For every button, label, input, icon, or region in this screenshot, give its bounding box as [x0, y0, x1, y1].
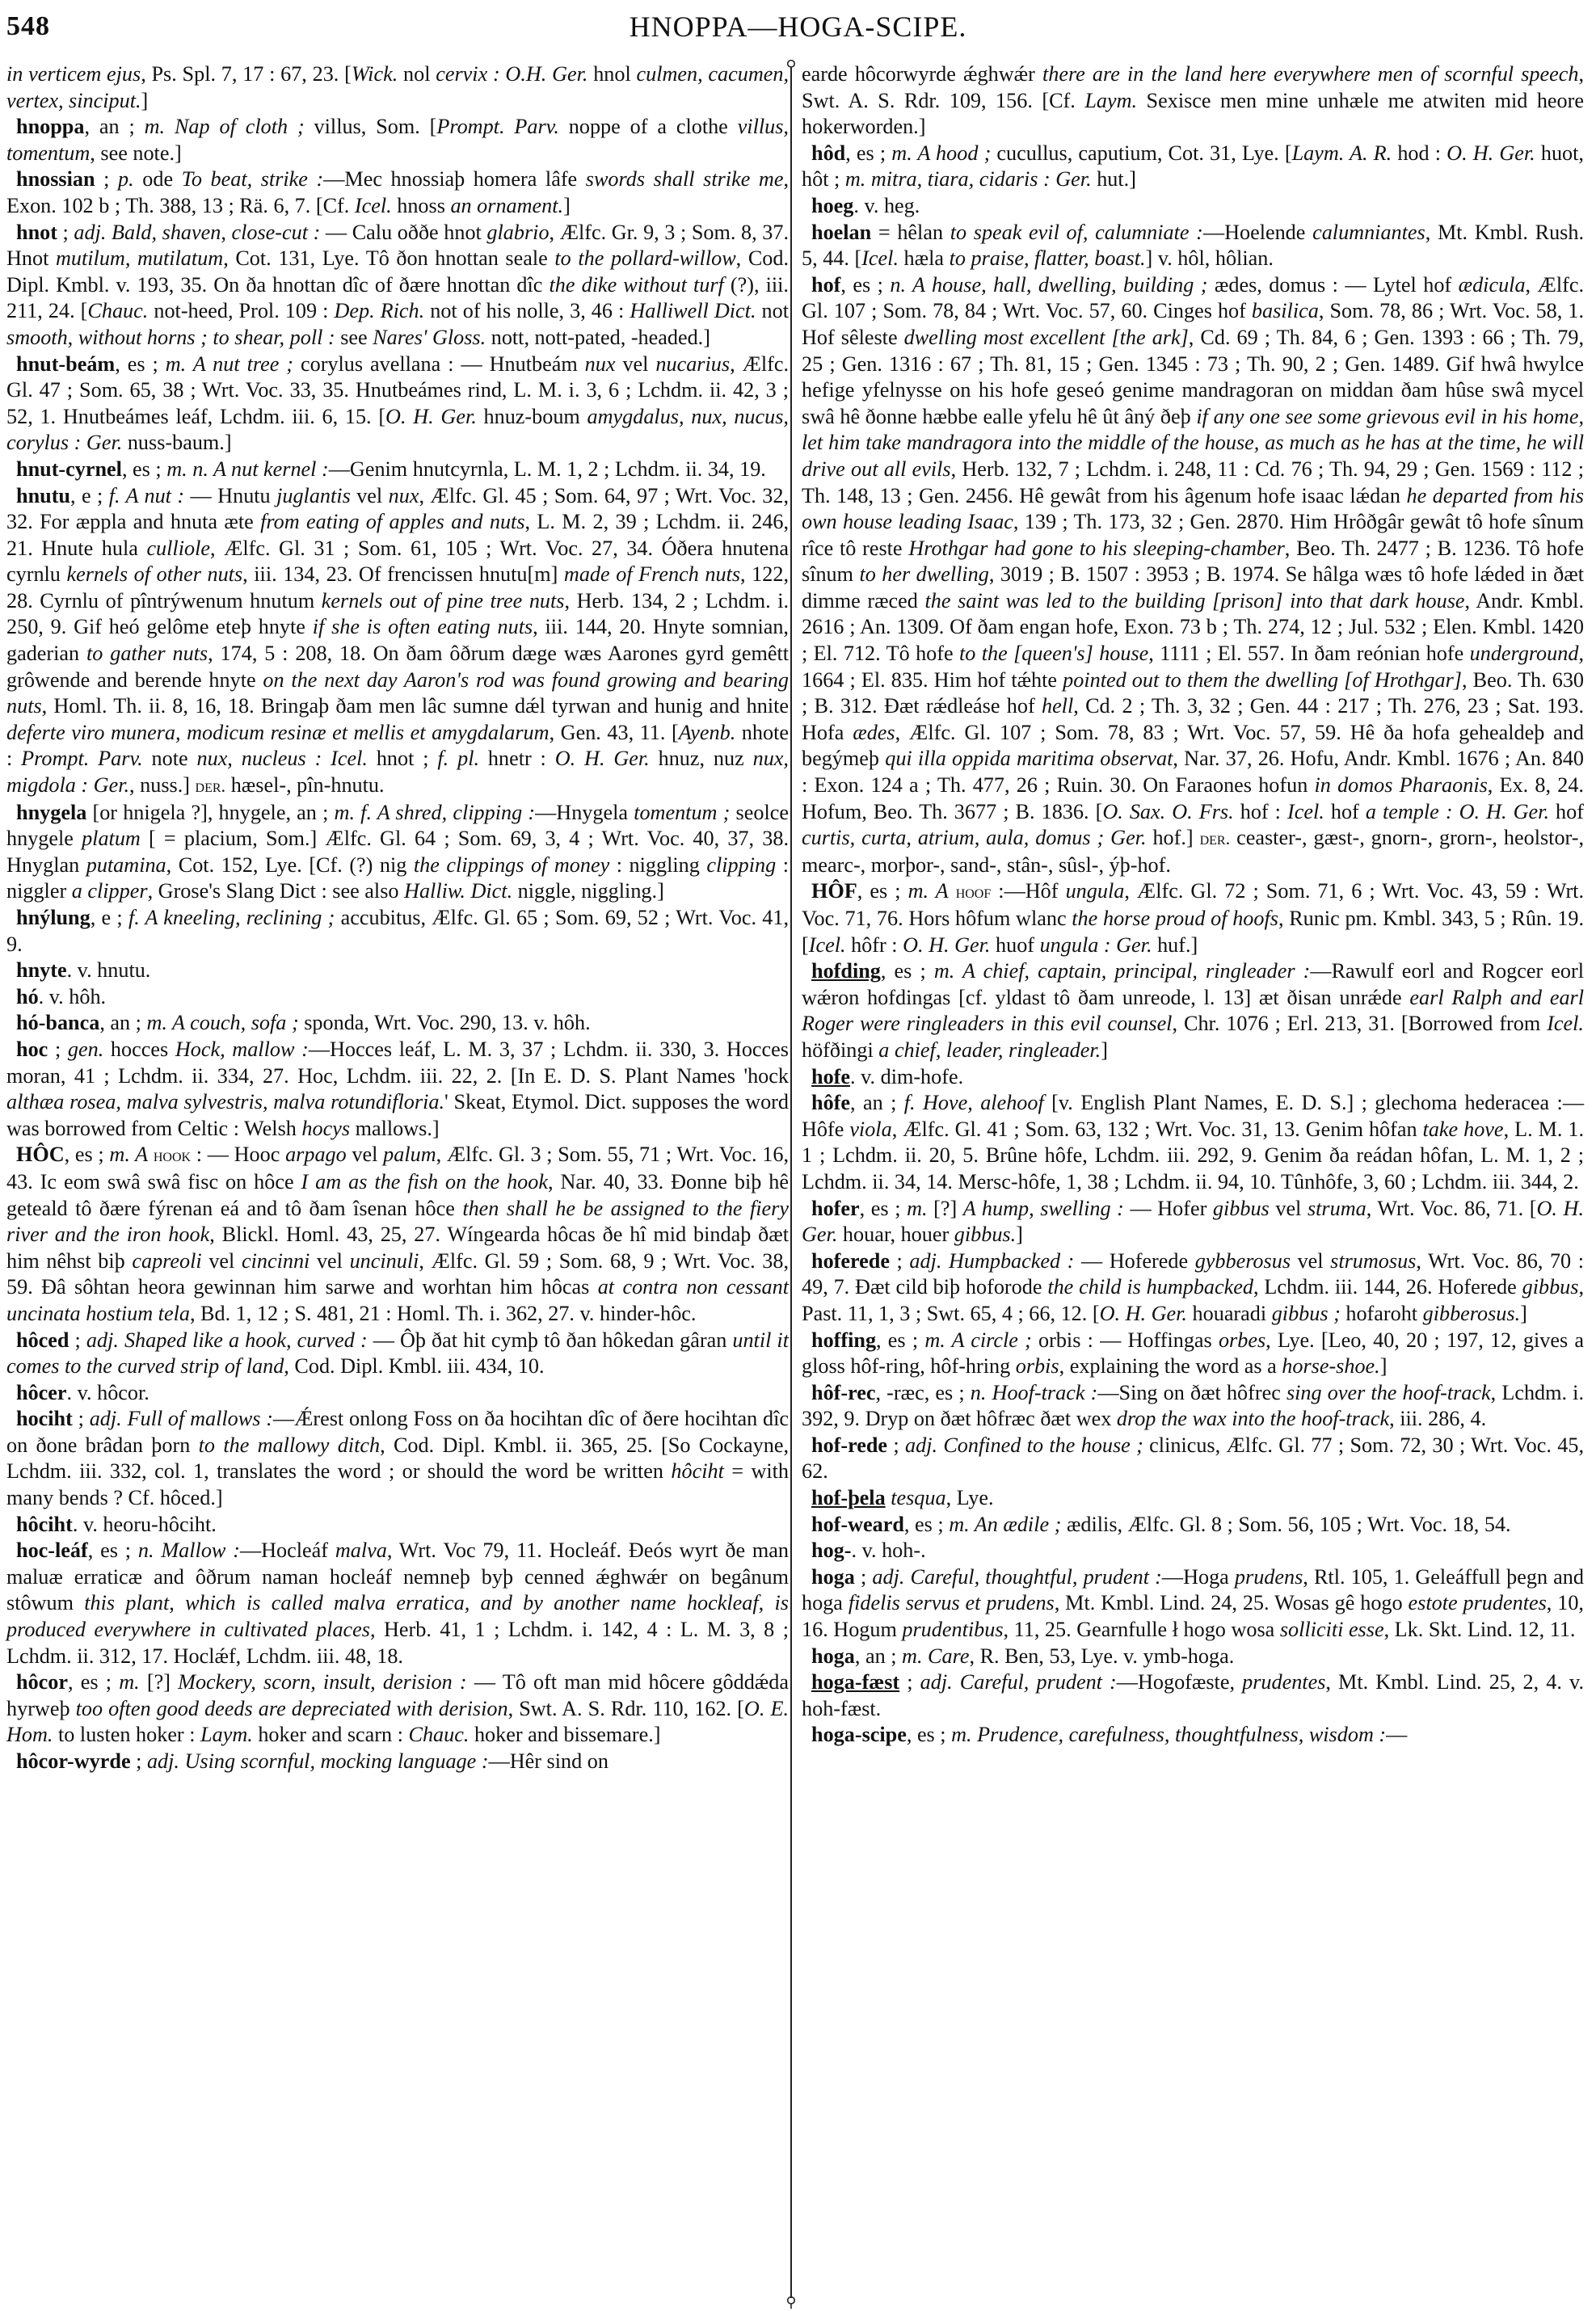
italic-gloss: pointed out to them the dwelling [of Hro…: [1063, 668, 1462, 692]
headword: hnot: [16, 221, 57, 244]
italic-gloss: palum: [383, 1143, 436, 1166]
italic-gloss: the child is humpbacked: [1047, 1275, 1253, 1299]
body-text: hnol: [587, 62, 636, 86]
italic-gloss: Icel.: [1287, 800, 1324, 823]
body-text: , Ælfc. Gl. 41 ; Som. 63, 132 ; Wrt. Voc…: [892, 1118, 1423, 1141]
body-text: , es ;: [840, 273, 890, 297]
italic-gloss: adj. Full of mallows :: [90, 1407, 273, 1430]
body-text: nol: [398, 62, 436, 86]
dictionary-entry: hnýlung, e ; f. A kneeling, reclining ; …: [6, 905, 789, 958]
italic-gloss: O. H. Ger.: [1100, 1302, 1187, 1325]
body-text: ]: [1380, 1354, 1388, 1378]
dictionary-entry: hó-banca, an ; m. A couch, sofa ; sponda…: [6, 1010, 789, 1037]
italic-gloss: capreoli: [132, 1249, 201, 1273]
body-text: , es ;: [845, 141, 891, 165]
entry-continuation: in verticem ejus, Ps. Spl. 7, 17 : 67, 2…: [6, 61, 789, 114]
dictionary-entry: hoga, an ; m. Care, R. Ben, 53, Lye. v. …: [802, 1644, 1584, 1670]
body-text: , es ;: [881, 959, 934, 983]
body-text: höfðingi: [802, 1038, 878, 1062]
headword: hof-rede: [811, 1433, 887, 1457]
body-text: not of his nolle, 3, 46 :: [424, 299, 630, 322]
dictionary-entry: hôfe, an ; f. Hove, alehoof [v. English …: [802, 1090, 1584, 1195]
headword: hoga-fæst: [811, 1670, 899, 1694]
italic-gloss: drop the wax into the hoof-track: [1117, 1407, 1389, 1430]
italic-gloss: Ayenb.: [679, 721, 736, 744]
body-text: note: [143, 747, 197, 770]
body-text: hnot ;: [368, 747, 437, 770]
body-text: : — Hooc: [191, 1143, 285, 1166]
italic-gloss: Hrothgar had gone to his sleeping-chambe…: [908, 537, 1284, 560]
italic-gloss: m. An ædile ;: [949, 1513, 1061, 1536]
dictionary-entry: hoffing, es ; m. A circle ; orbis : — Ho…: [802, 1328, 1584, 1380]
dictionary-entry: hnutu, e ; f. A nut : — Hnutu juglantis …: [6, 483, 789, 800]
italic-gloss: juglantis: [276, 484, 351, 507]
body-text: ]: [563, 194, 571, 217]
headword: hociht: [16, 1407, 73, 1430]
italic-gloss: Chauc.: [87, 299, 148, 322]
italic-gloss: m. A chief, captain, principal, ringlead…: [934, 959, 1311, 983]
dictionary-entry: hoga-fæst ; adj. Careful, prudent :—Hogo…: [802, 1669, 1584, 1722]
body-text: ;: [57, 221, 74, 244]
italic-gloss: to her dwelling: [859, 562, 988, 586]
headword: hog-: [811, 1539, 851, 1562]
italic-gloss: underground: [1470, 642, 1579, 665]
italic-gloss: an ornament.: [450, 194, 563, 217]
italic-gloss: ædicula: [1459, 273, 1526, 297]
italic-gloss: platum: [82, 827, 141, 850]
italic-gloss: m. A circle ;: [924, 1328, 1032, 1352]
dictionary-entry: hôcer. v. hôcor.: [6, 1380, 789, 1407]
italic-gloss: to speak evil of, calumniate :: [950, 221, 1203, 244]
italic-gloss: prudens: [1235, 1565, 1303, 1589]
italic-gloss: nux: [585, 352, 616, 376]
italic-gloss: gen.: [68, 1038, 103, 1061]
italic-gloss: a chief, leader, ringleader.: [878, 1038, 1101, 1062]
italic-gloss: f. pl.: [437, 747, 479, 770]
body-text: , e ;: [70, 484, 109, 507]
italic-gloss: n. Hoof-track :: [971, 1381, 1098, 1404]
headword: hôcor: [16, 1670, 68, 1694]
italic-gloss: solliciti esse: [1280, 1618, 1384, 1641]
body-text: not: [756, 299, 790, 322]
body-text: , es ;: [860, 1197, 907, 1220]
body-text: , Chr. 1076 ; Erl. 213, 31. [Borrowed fr…: [1172, 1012, 1547, 1035]
italic-gloss: gibbus ;: [1272, 1302, 1341, 1325]
headword: hoga-scipe: [811, 1723, 907, 1746]
italic-gloss: adj. Careful, prudent :: [920, 1670, 1117, 1694]
italic-gloss: m. A: [908, 879, 949, 903]
italic-gloss: calumniantes: [1312, 221, 1425, 244]
italic-gloss: to the [queen's] house: [959, 642, 1148, 665]
italic-gloss: m. Care: [902, 1644, 969, 1668]
body-text: . v. heg.: [853, 194, 920, 217]
italic-gloss: ungula : Ger.: [1040, 933, 1152, 957]
body-text: , es ;: [122, 457, 166, 481]
body-text: , es ;: [857, 879, 908, 903]
body-text: , es ;: [904, 1513, 949, 1536]
body-text: hnetr :: [479, 747, 555, 770]
headword: hoga: [811, 1565, 855, 1589]
body-text: corylus avellana : — Hnutbeám: [293, 352, 585, 376]
italic-gloss: p.: [118, 167, 134, 191]
italic-gloss: Prompt. Parv.: [21, 747, 143, 770]
italic-gloss: O. H. Ger.: [1447, 141, 1535, 165]
dictionary-entry: hnot ; adj. Bald, shaven, close-cut : — …: [6, 220, 789, 351]
headword: hôfe: [811, 1091, 850, 1114]
body-text: ;: [890, 1249, 909, 1273]
italic-gloss: strumosus: [1330, 1249, 1416, 1273]
italic-gloss: m. f. A shred, clipping :: [335, 801, 536, 824]
italic-gloss: cincinni: [242, 1249, 310, 1273]
italic-gloss: the saint was led to the building [priso…: [925, 589, 1465, 612]
headword: hnyte: [16, 958, 67, 982]
italic-gloss: arpago: [285, 1143, 347, 1166]
entry-continuation: earde hôcorwyrde ǽghwǽr there are in the…: [802, 61, 1584, 141]
italic-gloss: To beat, strike :: [182, 167, 324, 191]
italic-gloss: a clipper: [72, 879, 148, 903]
body-text: , Cot. 152, Lye. [Cf. (?) nig: [166, 853, 414, 877]
italic-gloss: the clippings of money: [414, 853, 609, 877]
body-text: earde hôcorwyrde ǽghwǽr: [802, 62, 1042, 86]
italic-gloss: f. A nut :: [109, 484, 184, 507]
body-text: —Hoelende: [1203, 221, 1312, 244]
body-text: hæsel-, pîn-hnutu.: [225, 773, 384, 797]
italic-gloss: estote prudentes: [1409, 1591, 1547, 1614]
italic-gloss: prudentes: [1242, 1670, 1325, 1694]
body-text: ædes, domus : — Lytel hof: [1207, 273, 1458, 297]
italic-gloss: adj. Humpbacked :: [909, 1249, 1074, 1273]
body-text: —Mec hnossiaþ homera lâfe: [323, 167, 586, 191]
italic-gloss: gibberosus.: [1423, 1302, 1521, 1325]
italic-gloss: to praise, flatter, boast.: [950, 246, 1146, 270]
dictionary-entry: hof-rede ; adj. Confined to the house ; …: [802, 1433, 1584, 1485]
body-text: — Hoferede: [1074, 1249, 1194, 1273]
dictionary-entry: HÔC, es ; m. A hook : — Hooc arpago vel …: [6, 1142, 789, 1327]
body-text: —Sing on ðæt hôfrec: [1097, 1381, 1286, 1404]
italic-gloss: O. H. Ger.: [903, 933, 990, 957]
italic-gloss: malva: [335, 1539, 387, 1562]
body-text: —Hêr sind on: [489, 1749, 609, 1773]
italic-gloss: m. Nap of cloth ;: [145, 115, 305, 138]
italic-gloss: Icel.: [355, 194, 392, 217]
body-text: ]: [141, 89, 149, 112]
italic-gloss: m. mitra, tiara, cidaris : Ger.: [845, 167, 1092, 191]
body-text: : niggling: [609, 853, 706, 877]
body-text: hoker and scarn :: [253, 1723, 409, 1746]
headword: hôced: [16, 1328, 69, 1352]
body-text: , Bd. 1, 12 ; S. 481, 21 : Homl. Th. i. …: [190, 1302, 697, 1325]
small-caps-text: hoof: [956, 882, 992, 902]
body-text: , Lchdm. iii. 144, 26. Hoferede: [1253, 1275, 1522, 1299]
headword: hoffing: [811, 1328, 876, 1352]
body-text: , an ;: [84, 115, 144, 138]
italic-gloss: O. H. Ger.: [385, 405, 477, 428]
body-text: , Ps. Spl. 7, 17 : 67, 23. [: [141, 62, 352, 86]
body-text: hoker and bissemare.]: [469, 1723, 660, 1746]
italic-gloss: Laym.: [200, 1723, 253, 1746]
body-text: , an ;: [855, 1644, 902, 1668]
italic-gloss: Prompt. Parv.: [436, 115, 559, 138]
body-text: , es ;: [65, 1143, 110, 1166]
headword: hnýlung: [16, 906, 91, 929]
body-text: . v. hoh-.: [851, 1539, 925, 1562]
italic-gloss: hôciht: [671, 1459, 723, 1483]
dictionary-column-right: earde hôcorwyrde ǽghwǽr there are in the…: [802, 61, 1584, 1749]
headword: hôcer: [16, 1381, 67, 1404]
italic-gloss: the horse proud of hoofs: [1072, 907, 1278, 930]
headword: hó-banca: [16, 1011, 99, 1034]
body-text: ;: [48, 1038, 68, 1061]
body-text: — Hnutu: [184, 484, 276, 507]
headword: hoc-leáf: [16, 1539, 88, 1562]
headword: hofer: [811, 1197, 860, 1220]
italic-gloss: n. A house, hall, dwelling, building ;: [890, 273, 1207, 297]
italic-gloss: cervix : O.H. Ger.: [436, 62, 587, 86]
dictionary-entry: hoc-leáf, es ; n. Mallow :—Hocleáf malva…: [6, 1538, 789, 1669]
italic-gloss: glabrio: [486, 221, 549, 244]
body-text: , Cod. Dipl. Kmbl. iii. 434, 10.: [284, 1354, 544, 1378]
body-text: , an ;: [850, 1091, 904, 1114]
body-text: , see note.]: [90, 141, 181, 165]
italic-gloss: nucarius: [655, 352, 730, 376]
italic-gloss: O. H. Ger.: [555, 747, 650, 770]
body-text: , es ;: [907, 1723, 951, 1746]
body-text: :—Hôf: [991, 879, 1065, 903]
italic-gloss: if she is often eating nuts: [313, 615, 533, 638]
headword: HÔC: [16, 1143, 65, 1166]
body-text: . v. dim-hofe.: [850, 1065, 963, 1088]
italic-gloss: m.: [907, 1197, 927, 1220]
dictionary-entry: hnut-beám, es ; m. A nut tree ; corylus …: [6, 351, 789, 457]
dictionary-entry: hof-þela tesqua, Lye.: [802, 1485, 1584, 1512]
body-text: sponda, Wrt. Voc. 290, 13. v. hôh.: [299, 1011, 591, 1034]
dictionary-entry: hôf-rec, -ræc, es ; n. Hoof-track :—Sing…: [802, 1380, 1584, 1433]
body-text: = hêlan: [871, 221, 950, 244]
body-text: , Lye.: [946, 1486, 994, 1509]
italic-gloss: Laym.: [1084, 89, 1137, 112]
italic-gloss: hell: [1042, 694, 1073, 718]
italic-gloss: to the pollard-willow: [554, 246, 735, 270]
body-text: hæla: [899, 246, 950, 270]
body-text: ;: [887, 1433, 905, 1457]
body-text: ]: [1016, 1223, 1023, 1246]
body-text: nuss-baum.]: [122, 431, 231, 454]
body-text: , es ;: [876, 1328, 924, 1352]
italic-gloss: clipping: [706, 853, 776, 877]
body-text: , Cot. 131, Lye. Tô ðon hnottan seale: [223, 246, 554, 270]
dictionary-entry: hoelan = hêlan to speak evil of, calumni…: [802, 220, 1584, 272]
italic-gloss: kernels out of pine tree nuts: [322, 589, 565, 612]
italic-gloss: uncinuli: [350, 1249, 419, 1273]
body-text: huf.]: [1152, 933, 1198, 957]
body-text: , Homl. Th. ii. 8, 16, 18. Bringaþ ðam m…: [42, 694, 789, 718]
body-text: hnuz-boum: [477, 405, 587, 428]
body-text: —Hnygela: [535, 801, 634, 824]
small-caps-text: der.: [196, 776, 226, 796]
dictionary-entry: HÔF, es ; m. A hoof :—Hôf ungula, Ælfc. …: [802, 878, 1584, 958]
body-text: , es ;: [88, 1539, 138, 1562]
dictionary-column-left: in verticem ejus, Ps. Spl. 7, 17 : 67, 2…: [6, 61, 789, 1775]
body-text: vel: [1270, 1197, 1308, 1220]
headword: hoferede: [811, 1249, 890, 1273]
italic-gloss: Nares' Gloss.: [373, 326, 486, 349]
italic-gloss: sing over the hoof-track: [1286, 1381, 1491, 1404]
dictionary-entry: hoga-scipe, es ; m. Prudence, carefulnes…: [802, 1722, 1584, 1749]
body-text: ædilis, Ælfc. Gl. 8 ; Som. 56, 105 ; Wrt…: [1061, 1513, 1510, 1536]
italic-gloss: kernels of other nuts: [66, 562, 242, 586]
dictionary-entry: hôd, es ; m. A hood ; cucullus, caputium…: [802, 141, 1584, 193]
headword: hôcor-wyrde: [16, 1749, 131, 1773]
dictionary-entry: hoeg. v. heg.: [802, 193, 1584, 220]
headword: hoga: [811, 1644, 855, 1668]
body-text: [?]: [140, 1670, 178, 1694]
small-caps-text: der.: [1200, 828, 1231, 848]
headword: hnut-cyrnel: [16, 457, 122, 481]
body-text: houaradi: [1187, 1302, 1272, 1325]
body-text: hof :: [1234, 800, 1287, 823]
body-text: , es ;: [115, 352, 166, 376]
italic-gloss: orbis: [1016, 1354, 1059, 1378]
body-text: vel: [1291, 1249, 1330, 1273]
headword: hoelan: [811, 221, 871, 244]
dictionary-entry: hoferede ; adj. Humpbacked : — Hoferede …: [802, 1248, 1584, 1328]
italic-gloss: in verticem ejus: [6, 62, 141, 86]
italic-gloss: made of French nuts: [564, 562, 740, 586]
italic-gloss: Icel.: [809, 933, 846, 957]
italic-gloss: m.: [119, 1670, 139, 1694]
body-text: . v. hôcor.: [67, 1381, 149, 1404]
italic-gloss: Dep. Rich.: [334, 299, 424, 322]
italic-gloss: prudentibus: [902, 1618, 1003, 1641]
italic-gloss: hocys: [301, 1117, 350, 1140]
small-caps-text: hook: [154, 1145, 191, 1165]
dictionary-entry: hnut-cyrnel, es ; m. n. A nut kernel :—G…: [6, 457, 789, 483]
body-text: vel: [347, 1143, 383, 1166]
page-header: 548 HNOPPA—HOGA-SCIPE.: [0, 0, 1596, 48]
italic-gloss: orbes: [1219, 1328, 1265, 1352]
italic-gloss: adj. Bald, shaven, close-cut :: [74, 221, 320, 244]
italic-gloss: m. A: [109, 1143, 148, 1166]
dictionary-entry: hofe. v. dim-hofe.: [802, 1064, 1584, 1091]
italic-gloss: putamina: [86, 853, 166, 877]
italic-gloss: tomentum ;: [634, 801, 730, 824]
body-text: [or hnigela ?], hnygele, an ;: [86, 801, 334, 824]
body-text: hôfr :: [846, 933, 903, 957]
headword: hó: [16, 985, 39, 1008]
italic-gloss: in domos Pharaonis: [1315, 773, 1488, 797]
dictionary-entry: hôcor-wyrde ; adj. Using scornful, mocki…: [6, 1749, 789, 1775]
italic-gloss: adj. Using scornful, mocking language :: [147, 1749, 489, 1773]
headword: hof-weard: [811, 1513, 904, 1536]
body-text: [?]: [928, 1197, 963, 1220]
headword: hnoppa: [16, 115, 84, 138]
italic-gloss: adj. Careful, thoughtful, prudent :: [872, 1565, 1161, 1589]
italic-gloss: to gather nuts: [86, 642, 208, 665]
body-text: hod :: [1392, 141, 1447, 165]
headword: hofe: [811, 1065, 850, 1088]
italic-gloss: adj. Confined to the house ;: [905, 1433, 1143, 1457]
body-text: —Genim hnutcyrnla, L. M. 1, 2 ; Lchdm. i…: [329, 457, 766, 481]
italic-gloss: qui illa oppida maritima observat: [885, 747, 1173, 770]
body-text: hocces: [103, 1038, 175, 1061]
body-text: houar, houer: [837, 1223, 954, 1246]
body-text: villus, Som. [: [305, 115, 437, 138]
headword: hôd: [811, 141, 845, 165]
body-text: . v. hôh.: [39, 985, 106, 1008]
italic-gloss: Chauc.: [408, 1723, 469, 1746]
italic-gloss: m. n. A nut kernel :: [166, 457, 329, 481]
italic-gloss: Halliw. Dict.: [404, 879, 512, 903]
dictionary-entry: hnygela [or hnigela ?], hnygele, an ; m.…: [6, 800, 789, 905]
italic-gloss: tesqua: [891, 1486, 945, 1509]
italic-gloss: m. A hood ;: [891, 141, 991, 165]
dictionary-entry: hofding, es ; m. A chief, captain, princ…: [802, 958, 1584, 1063]
italic-gloss: f. A kneeling, reclining ;: [128, 906, 335, 929]
italic-gloss: m. A nut tree ;: [166, 352, 293, 376]
body-text: hof: [1324, 800, 1366, 823]
dictionary-entry: hog-. v. hoh-.: [802, 1538, 1584, 1564]
body-text: , 1111 ; El. 557. In ðam reónian hofe: [1148, 642, 1469, 665]
body-text: huof: [990, 933, 1039, 957]
body-text: ;: [95, 167, 118, 191]
italic-gloss: Mockery, scorn, insult, derision :: [178, 1670, 467, 1694]
italic-gloss: I am as the fish on the hook: [301, 1170, 548, 1193]
dictionary-entry: hnoppa, an ; m. Nap of cloth ; villus, S…: [6, 114, 789, 166]
italic-gloss: curtis, curta, atrium, aula, domus ; Ger…: [802, 826, 1147, 849]
italic-gloss: Icel.: [1547, 1012, 1584, 1035]
body-text: , es ;: [68, 1670, 119, 1694]
body-text: hnoss: [392, 194, 451, 217]
body-text: , nuss.]: [129, 773, 195, 797]
headword: hoeg: [811, 194, 853, 217]
body-text: —: [1386, 1723, 1407, 1746]
body-text: not-heed, Prol. 109 :: [148, 299, 334, 322]
body-text: , -ræc, es ;: [876, 1381, 971, 1404]
italic-gloss: m. Prudence, carefulness, thoughtfulness…: [951, 1723, 1386, 1746]
body-text: ode: [134, 167, 182, 191]
italic-gloss: gybberosus: [1195, 1249, 1291, 1273]
body-text: niggle, niggling.]: [512, 879, 664, 903]
body-text: see: [335, 326, 373, 349]
dictionary-entry: hôcor, es ; m. [?] Mockery, scorn, insul…: [6, 1669, 789, 1749]
body-text: vel: [310, 1249, 349, 1273]
italic-gloss: from eating of apples and nuts: [260, 510, 524, 533]
body-text: vel: [202, 1249, 242, 1273]
italic-gloss: a temple : O. H. Ger.: [1366, 800, 1549, 823]
italic-gloss: Hock, mallow :: [175, 1038, 309, 1061]
headword: hnygela: [16, 801, 86, 824]
body-text: orbis : — Hoffingas: [1032, 1328, 1219, 1352]
body-text: —Hogofæste,: [1117, 1670, 1242, 1694]
body-text: cucullus, caputium, Cot. 31, Lye. [: [991, 141, 1291, 165]
italic-gloss: too often good deeds are depreciated wit…: [76, 1697, 508, 1720]
headword: hoc: [16, 1038, 48, 1061]
body-text: ;: [69, 1328, 86, 1352]
italic-gloss: deferte viro munera, modicum resinæ et m…: [6, 721, 550, 744]
italic-gloss: n. Mallow :: [138, 1539, 240, 1562]
body-text: —Hocleáf: [240, 1539, 335, 1562]
dictionary-entry: hnyte. v. hnutu.: [6, 958, 789, 984]
italic-gloss: m. A couch, sofa ;: [147, 1011, 299, 1034]
dictionary-entry: hôciht. v. heoru-hôciht.: [6, 1512, 789, 1539]
italic-gloss: culliole: [146, 537, 210, 560]
body-text: , e ;: [91, 906, 128, 929]
headword: HÔF: [811, 879, 857, 903]
body-text: mallows.]: [350, 1117, 440, 1140]
body-text: [148, 1143, 154, 1166]
body-text: vel: [615, 352, 655, 376]
body-text: ;: [131, 1749, 147, 1773]
